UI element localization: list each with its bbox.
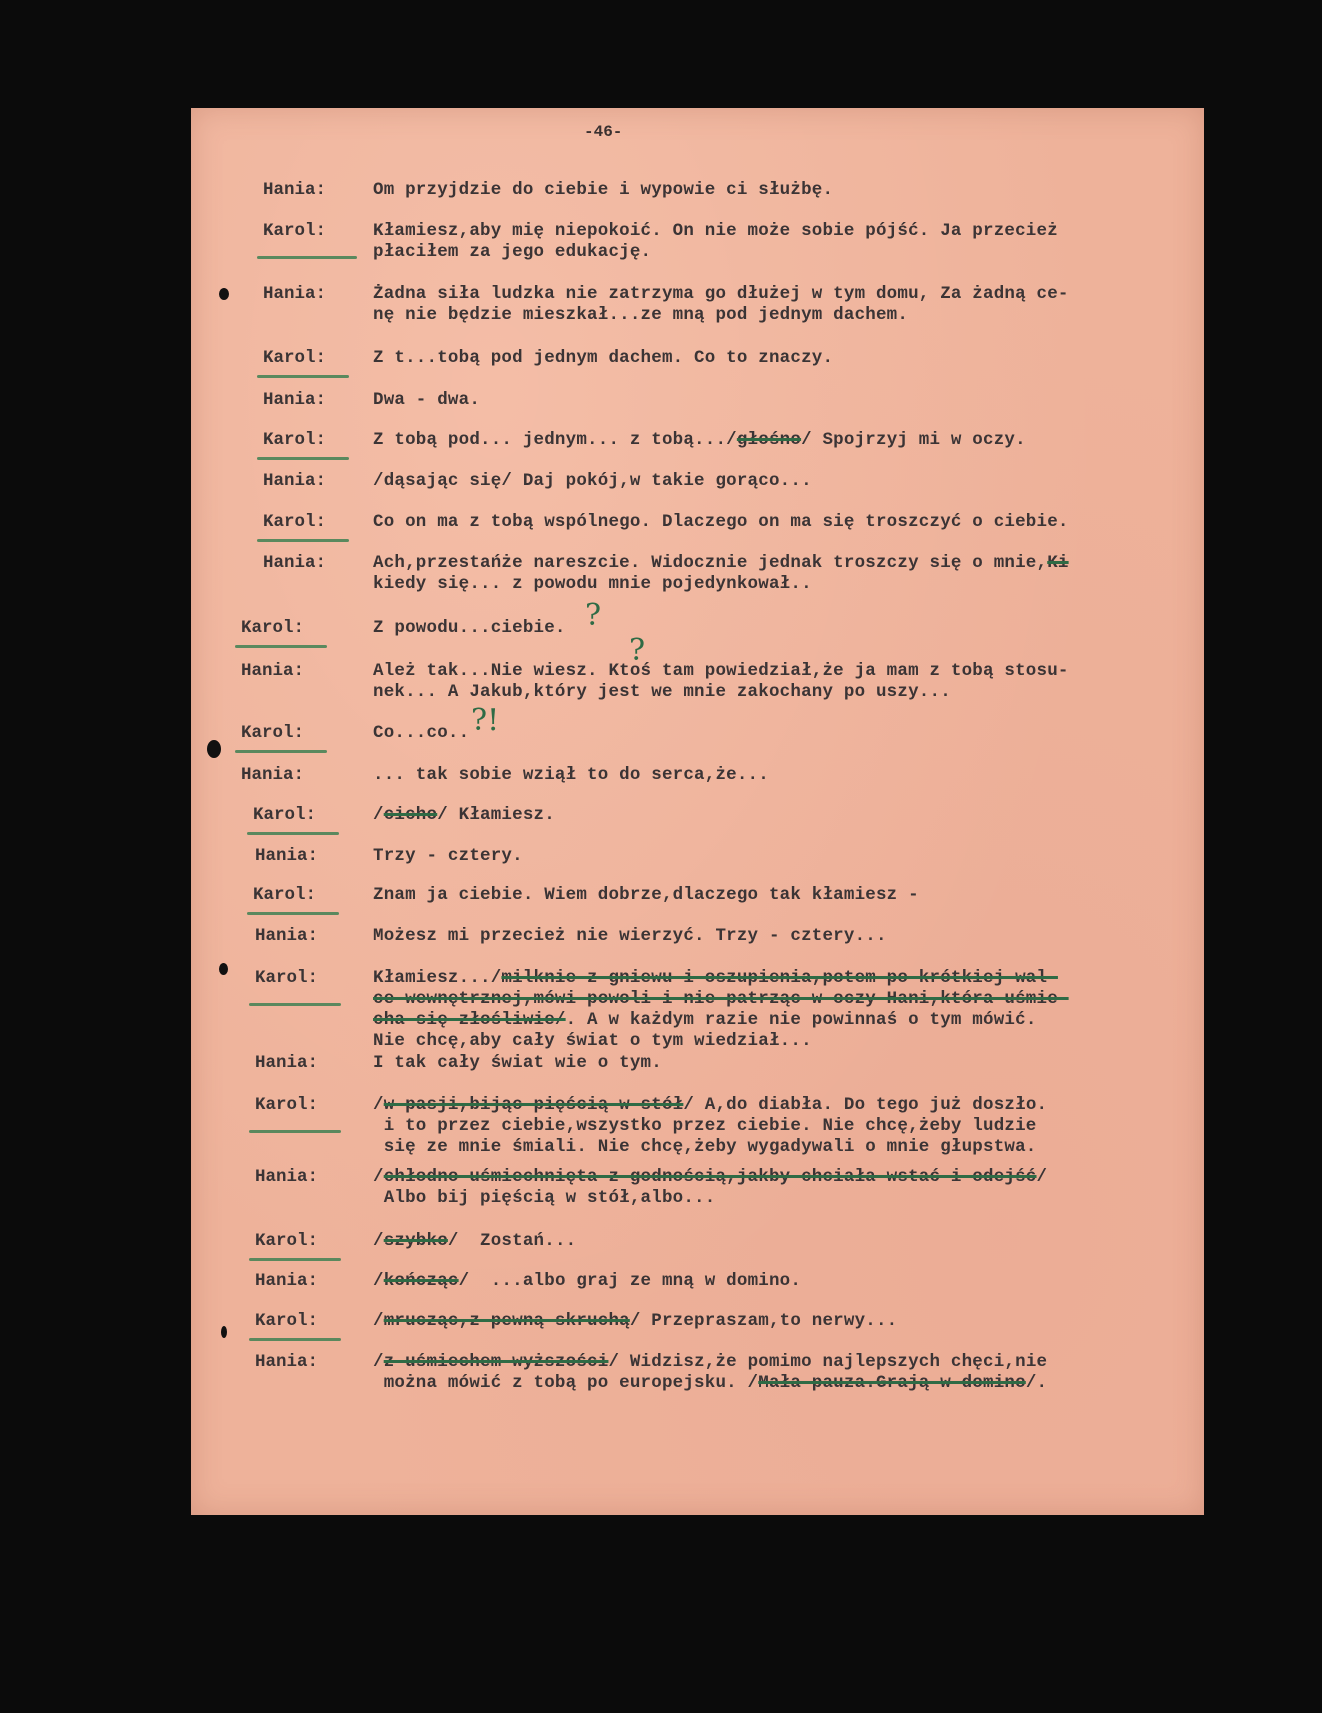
dialogue-text: kiedy się... z powodu mnie pojedynkował.…	[373, 574, 812, 594]
dialogue-text: Kłamiesz,aby mię niepokoić. On nie może …	[373, 221, 1058, 241]
speaker-label: Karol:	[263, 430, 326, 450]
page-number: -46-	[584, 123, 622, 141]
dialogue-line: Z powodu...ciebie.	[373, 618, 566, 638]
dialogue-text: Om przyjdzie do ciebie i wypowie ci służ…	[373, 180, 833, 200]
dialogue-text: Dwa - dwa.	[373, 390, 480, 410]
handwritten-annotation: ?!	[471, 703, 499, 738]
dialogue-text: /.	[1026, 1373, 1047, 1393]
speaker-label: Karol:	[253, 885, 316, 905]
struck-stage-direction: Ki	[1047, 553, 1068, 573]
dialogue-line: /w pasji,bijąc pięścią w stół/ A,do diab…	[373, 1095, 1047, 1115]
struck-stage-direction: Mała pauza.Grają w domino	[758, 1373, 1026, 1393]
ink-blot	[219, 288, 229, 300]
dialogue-line: kiedy się... z powodu mnie pojedynkował.…	[373, 574, 812, 594]
dialogue-text: nę nie będzie mieszkał...ze mną pod jedn…	[373, 305, 908, 325]
dialogue-text: Znam ja ciebie. Wiem dobrze,dlaczego tak…	[373, 885, 919, 905]
dialogue-text: /	[1037, 1167, 1048, 1187]
speaker-label: Karol:	[263, 221, 326, 241]
handwritten-annotation: ?	[629, 633, 645, 668]
speaker-label: Karol:	[255, 1231, 318, 1251]
pencil-underline	[257, 539, 349, 542]
dialogue-text: i to przez ciebie,wszystko przez ciebie.…	[373, 1116, 1037, 1136]
struck-stage-direction: ce wewnętrznej,mówi powoli i nie patrząc…	[373, 989, 1069, 1009]
pencil-underline	[249, 1258, 341, 1261]
struck-stage-direction: z uśmiechem wyższości	[384, 1352, 609, 1372]
dialogue-line: /chłodno uśmiechnięta z godnością,jakby …	[373, 1167, 1047, 1187]
struck-stage-direction: chłodno uśmiechnięta z godnością,jakby c…	[384, 1167, 1037, 1187]
dialogue-line: /mrucząc,z pewną skruchą/ Przepraszam,to…	[373, 1311, 897, 1331]
dialogue-line: się ze mnie śmiali. Nie chcę,żeby wygady…	[373, 1137, 1037, 1157]
pencil-underline	[247, 912, 339, 915]
struck-stage-direction: szybko	[384, 1231, 448, 1251]
dialogue-text: I tak cały świat wie o tym.	[373, 1053, 662, 1073]
speaker-label: Hania:	[241, 661, 304, 681]
dialogue-line: /cicho/ Kłamiesz.	[373, 805, 555, 825]
dialogue-text: . A w każdym razie nie powinnaś o tym mó…	[566, 1010, 1037, 1030]
dialogue-text: Co on ma z tobą wspólnego. Dlaczego on m…	[373, 512, 1069, 532]
dialogue-line: /szybko/ Zostań...	[373, 1231, 576, 1251]
struck-stage-direction: cicho	[384, 805, 438, 825]
dialogue-line: i to przez ciebie,wszystko przez ciebie.…	[373, 1116, 1037, 1136]
ink-blot	[221, 1326, 227, 1338]
dialogue-text: Z powodu...ciebie.	[373, 618, 566, 638]
speaker-label: Hania:	[263, 284, 326, 304]
ink-blot	[219, 963, 228, 975]
dialogue-text: / Spojrzyj mi w oczy.	[801, 430, 1026, 450]
struck-stage-direction: mrucząc,z pewną skruchą	[384, 1311, 630, 1331]
dialogue-line: Nie chcę,aby cały świat o tym wiedział..…	[373, 1031, 812, 1051]
speaker-label: Hania:	[263, 390, 326, 410]
dialogue-text: Albo bij pięścią w stół,albo...	[373, 1188, 715, 1208]
dialogue-text: Żadna siła ludzka nie zatrzyma go dłużej…	[373, 284, 1069, 304]
dialogue-line: Kłamiesz.../milknie z gniewu i oszupieni…	[373, 968, 1058, 988]
dialogue-line: Kłamiesz,aby mię niepokoić. On nie może …	[373, 221, 1058, 241]
speaker-label: Hania:	[255, 1167, 318, 1187]
dialogue-line: Z tobą pod... jednym... z tobą.../głośno…	[373, 430, 1026, 450]
struck-stage-direction: milknie z gniewu i oszupienia,potem po k…	[501, 968, 1058, 988]
dialogue-text: można mówić z tobą po europejsku. /	[373, 1373, 758, 1393]
dialogue-text: / Kłamiesz.	[437, 805, 555, 825]
dialogue-line: nę nie będzie mieszkał...ze mną pod jedn…	[373, 305, 908, 325]
dialogue-line: /dąsając się/ Daj pokój,w takie gorąco..…	[373, 471, 812, 491]
dialogue-text: ... tak sobie wziął to do serca,że...	[373, 765, 769, 785]
dialogue-line: Trzy - cztery.	[373, 846, 523, 866]
dialogue-line: cha się złośliwie/. A w każdym razie nie…	[373, 1010, 1037, 1030]
speaker-label: Karol:	[255, 968, 318, 988]
dialogue-text: / ...albo graj ze mną w domino.	[459, 1271, 801, 1291]
dialogue-text: /	[373, 1352, 384, 1372]
pencil-underline	[257, 256, 357, 259]
dialogue-line: Ach,przestańże nareszcie. Widocznie jedn…	[373, 553, 1069, 573]
dialogue-line: ce wewnętrznej,mówi powoli i nie patrząc…	[373, 989, 1069, 1009]
dialogue-text: Trzy - cztery.	[373, 846, 523, 866]
speaker-label: Karol:	[263, 348, 326, 368]
dialogue-text: Ach,przestańże nareszcie. Widocznie jedn…	[373, 553, 1047, 573]
dialogue-text: Kłamiesz.../	[373, 968, 501, 988]
dialogue-text: /	[373, 1095, 384, 1115]
dialogue-text: się ze mnie śmiali. Nie chcę,żeby wygady…	[373, 1137, 1037, 1157]
pencil-underline	[249, 1003, 341, 1006]
dialogue-text: /dąsając się/ Daj pokój,w takie gorąco..…	[373, 471, 812, 491]
speaker-label: Hania:	[263, 553, 326, 573]
dialogue-text: / Zostań...	[448, 1231, 576, 1251]
dialogue-line: Możesz mi przecież nie wierzyć. Trzy - c…	[373, 926, 887, 946]
dialogue-line: Z t...tobą pod jednym dachem. Co to znac…	[373, 348, 833, 368]
dialogue-text: Z tobą pod... jednym... z tobą.../	[373, 430, 737, 450]
dialogue-text: Co...co..	[373, 723, 469, 743]
dialogue-text: Możesz mi przecież nie wierzyć. Trzy - c…	[373, 926, 887, 946]
speaker-label: Hania:	[241, 765, 304, 785]
speaker-label: Hania:	[255, 1053, 318, 1073]
dialogue-text: Z t...tobą pod jednym dachem. Co to znac…	[373, 348, 833, 368]
speaker-label: Hania:	[263, 471, 326, 491]
dialogue-line: Co on ma z tobą wspólnego. Dlaczego on m…	[373, 512, 1069, 532]
speaker-label: Hania:	[255, 1352, 318, 1372]
dialogue-line: płaciłem za jego edukację.	[373, 242, 651, 262]
dialogue-line: nek... A Jakub,który jest we mnie zakoch…	[373, 682, 951, 702]
dialogue-text: /	[373, 1311, 384, 1331]
dialogue-line: Co...co..	[373, 723, 469, 743]
struck-stage-direction: w pasji,bijąc pięścią w stół	[384, 1095, 684, 1115]
ink-blot	[207, 740, 221, 758]
dialogue-line: Om przyjdzie do ciebie i wypowie ci służ…	[373, 180, 833, 200]
dialogue-text: / A,do diabła. Do tego już doszło.	[683, 1095, 1047, 1115]
dialogue-text: nek... A Jakub,który jest we mnie zakoch…	[373, 682, 951, 702]
dialogue-line: I tak cały świat wie o tym.	[373, 1053, 662, 1073]
dialogue-text: /	[373, 805, 384, 825]
dialogue-line: można mówić z tobą po europejsku. /Mała …	[373, 1373, 1047, 1393]
pencil-underline	[235, 750, 327, 753]
dialogue-text: /	[373, 1231, 384, 1251]
speaker-label: Karol:	[263, 512, 326, 532]
struck-stage-direction: głośno	[737, 430, 801, 450]
speaker-label: Hania:	[255, 846, 318, 866]
dialogue-line: Znam ja ciebie. Wiem dobrze,dlaczego tak…	[373, 885, 919, 905]
dialogue-line: ... tak sobie wziął to do serca,że...	[373, 765, 769, 785]
dialogue-text: Nie chcę,aby cały świat o tym wiedział..…	[373, 1031, 812, 1051]
speaker-label: Karol:	[241, 723, 304, 743]
struck-stage-direction: kończąc	[384, 1271, 459, 1291]
speaker-label: Karol:	[255, 1311, 318, 1331]
dialogue-line: /z uśmiechem wyższości/ Widzisz,że pomim…	[373, 1352, 1047, 1372]
speaker-label: Hania:	[255, 926, 318, 946]
dialogue-line: Albo bij pięścią w stół,albo...	[373, 1188, 715, 1208]
pencil-underline	[247, 832, 339, 835]
dialogue-text: /	[373, 1167, 384, 1187]
dialogue-line: Żadna siła ludzka nie zatrzyma go dłużej…	[373, 284, 1069, 304]
pencil-underline	[257, 375, 349, 378]
dialogue-line: Dwa - dwa.	[373, 390, 480, 410]
speaker-label: Karol:	[255, 1095, 318, 1115]
pencil-underline	[249, 1338, 341, 1341]
typescript-page: -46- Hania:Om przyjdzie do ciebie i wypo…	[191, 108, 1204, 1515]
pencil-underline	[249, 1130, 341, 1133]
speaker-label: Karol:	[253, 805, 316, 825]
speaker-label: Karol:	[241, 618, 304, 638]
dialogue-text: / Widzisz,że pomimo najlepszych chęci,ni…	[608, 1352, 1047, 1372]
dialogue-line: /kończąc/ ...albo graj ze mną w domino.	[373, 1271, 801, 1291]
pencil-underline	[257, 457, 349, 460]
struck-stage-direction: cha się złośliwie/	[373, 1010, 566, 1030]
pencil-underline	[235, 645, 327, 648]
dialogue-text: /	[373, 1271, 384, 1291]
dialogue-text: Ależ tak...Nie wiesz. Ktoś tam powiedzia…	[373, 661, 1069, 681]
dialogue-line: Ależ tak...Nie wiesz. Ktoś tam powiedzia…	[373, 661, 1069, 681]
handwritten-annotation: ?	[585, 598, 601, 633]
speaker-label: Hania:	[263, 180, 326, 200]
dialogue-text: / Przepraszam,to nerwy...	[630, 1311, 898, 1331]
speaker-label: Hania:	[255, 1271, 318, 1291]
dialogue-text: płaciłem za jego edukację.	[373, 242, 651, 262]
